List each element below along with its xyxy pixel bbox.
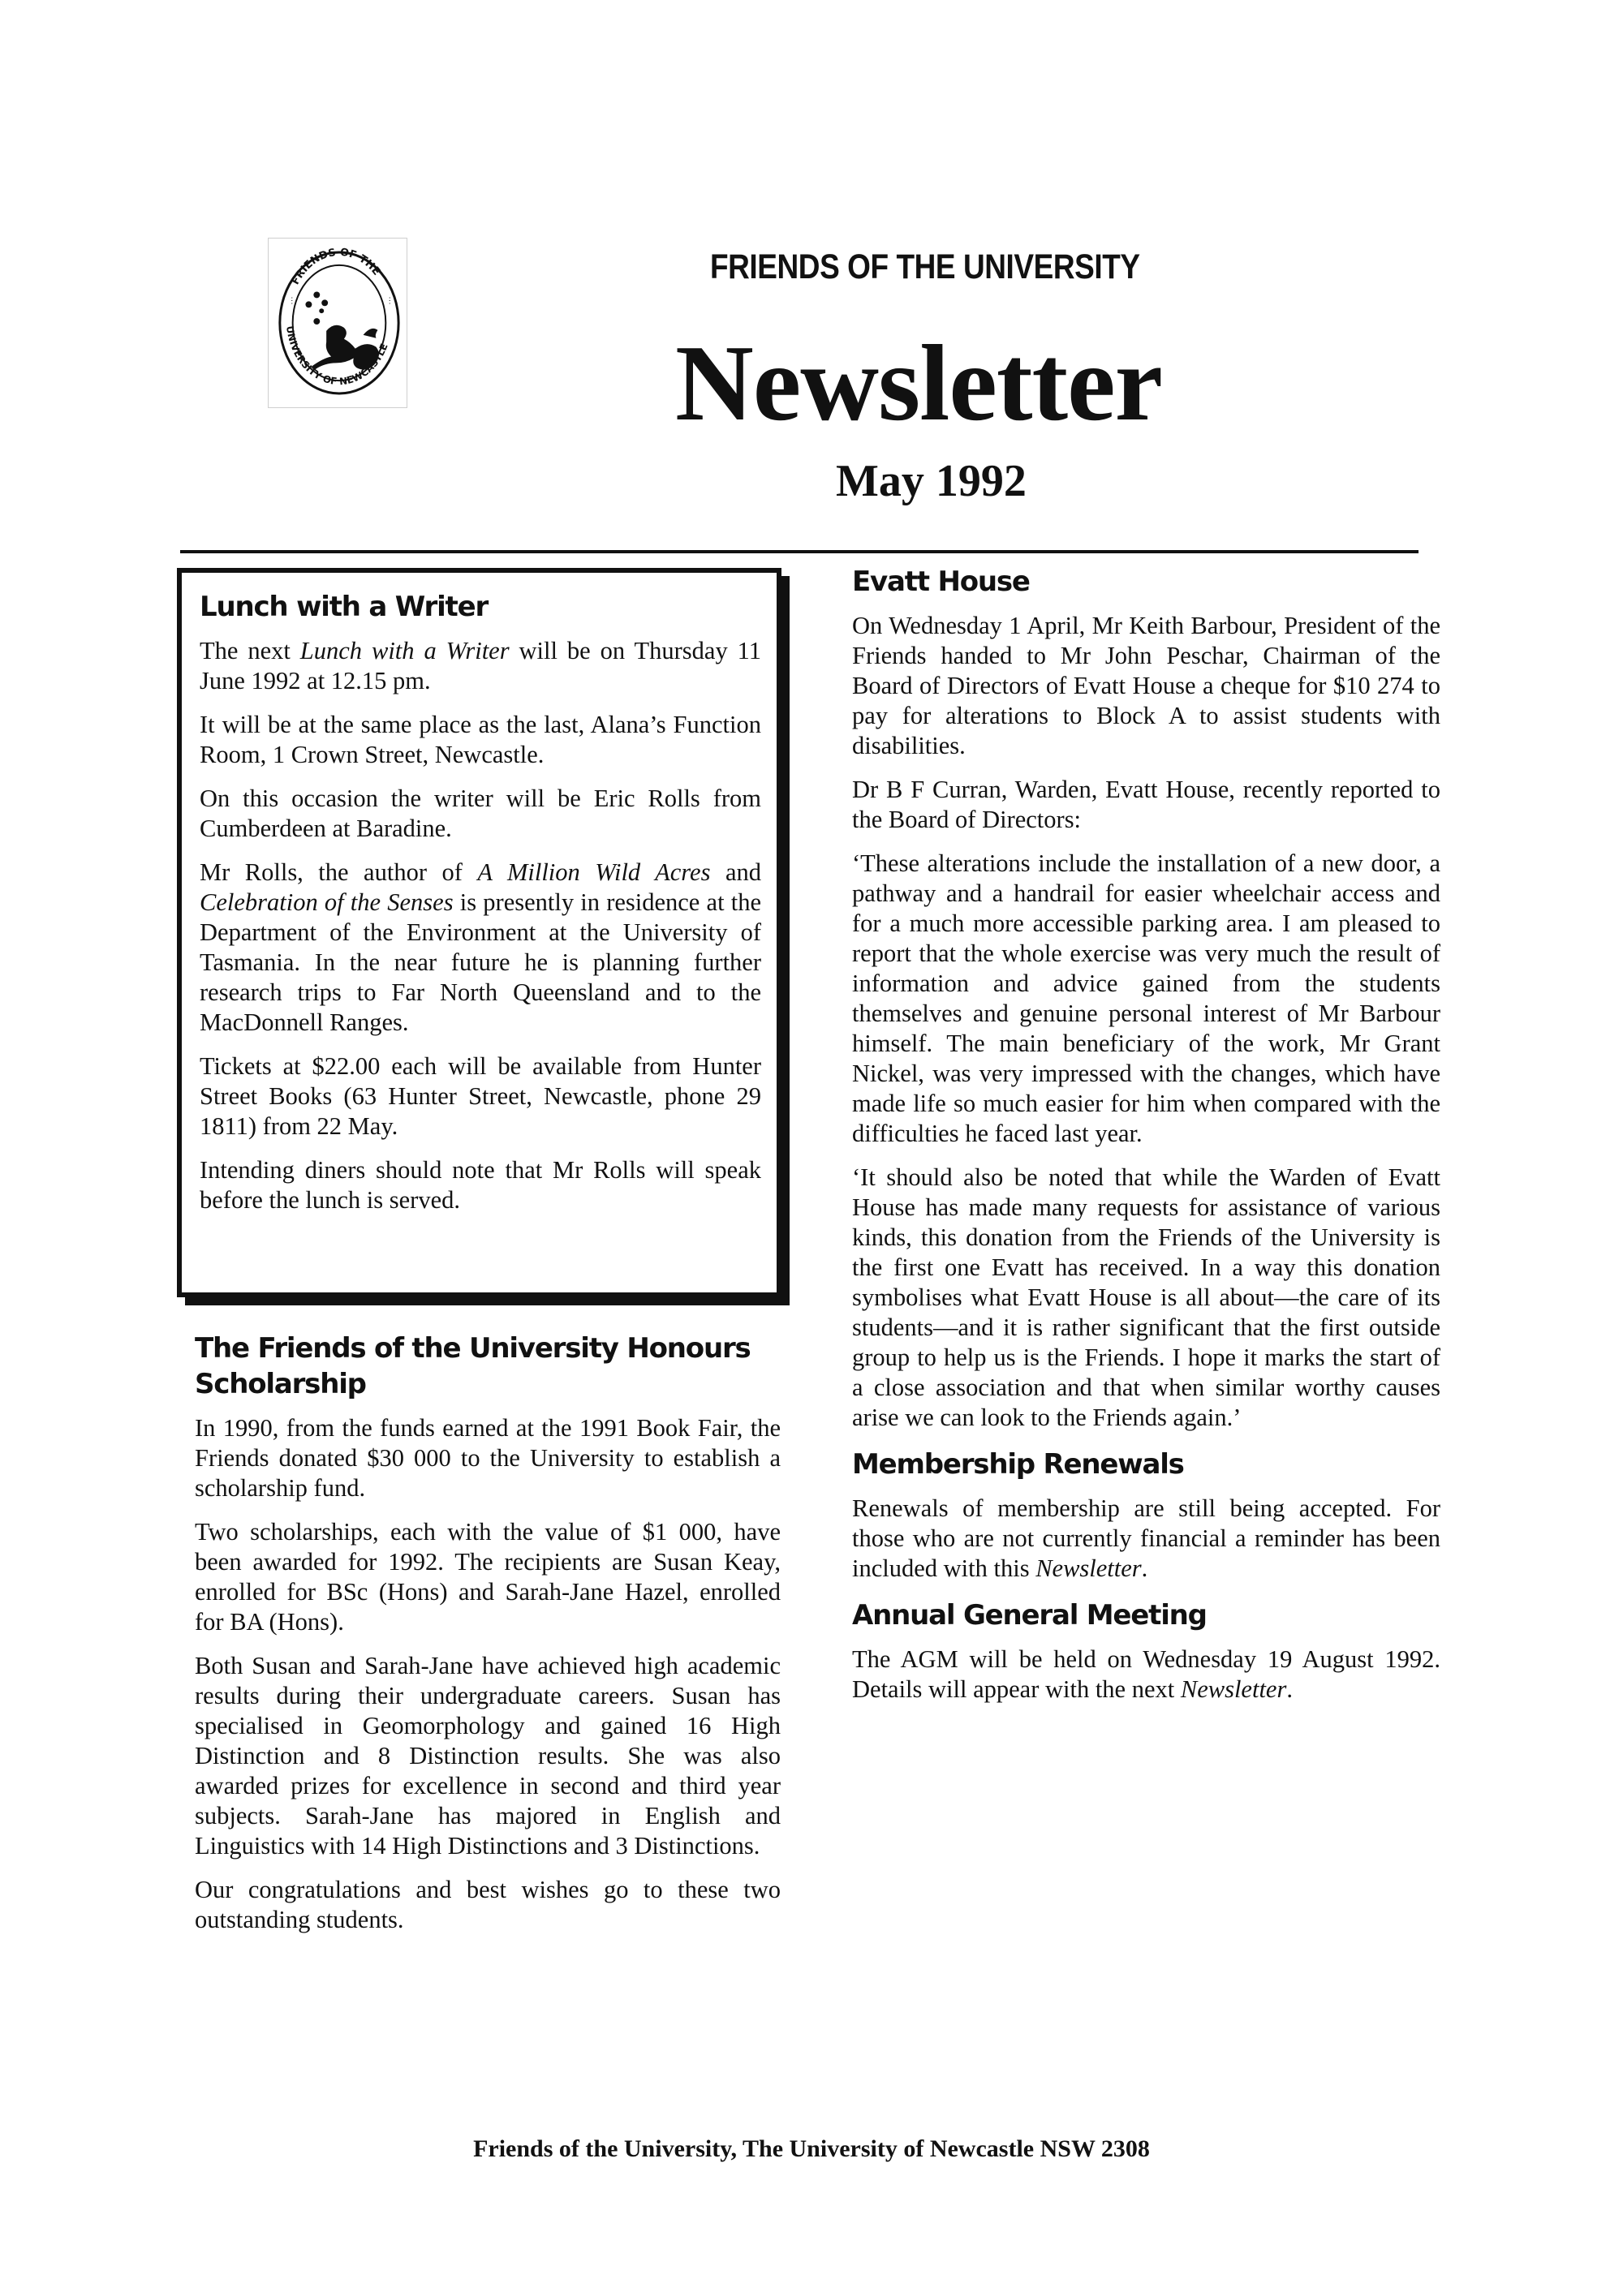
text: and bbox=[710, 858, 761, 886]
lunch-paragraph-4: Mr Rolls, the author of A Million Wild A… bbox=[200, 858, 761, 1038]
lunch-paragraph-3: On this occasion the writer will be Eric… bbox=[200, 784, 761, 844]
text: . bbox=[1286, 1675, 1293, 1703]
publication-title: Newsletter bbox=[1181, 1675, 1286, 1703]
publication-title: Newsletter bbox=[1035, 1554, 1141, 1582]
scholarship-paragraph-1: In 1990, from the funds earned at the 19… bbox=[195, 1413, 781, 1503]
membership-paragraph: Renewals of membership are still being a… bbox=[852, 1494, 1440, 1584]
newsletter-page: FRIENDS OF THE UNIVERSITY OF NEWCASTLE ⋮… bbox=[0, 0, 1623, 2296]
svg-text:⋮: ⋮ bbox=[288, 296, 296, 305]
masthead-kicker: FRIENDS OF THE UNIVERSITY bbox=[710, 247, 1143, 287]
membership-heading: Membership Renewals bbox=[852, 1447, 1440, 1482]
scholarship-paragraph-2: Two scholarships, each with the value of… bbox=[195, 1517, 781, 1637]
svg-text:⋮: ⋮ bbox=[385, 296, 394, 305]
lunch-paragraph-2: It will be at the same place as the last… bbox=[200, 710, 761, 770]
seahorse-seal-icon: FRIENDS OF THE UNIVERSITY OF NEWCASTLE ⋮… bbox=[269, 239, 407, 407]
scholarship-article: The Friends of the University Honours Sc… bbox=[195, 1331, 781, 1949]
agm-paragraph: The AGM will be held on Wednesday 19 Aug… bbox=[852, 1645, 1440, 1705]
book-title: Celebration of the Senses bbox=[200, 888, 454, 916]
book-title: A Million Wild Acres bbox=[477, 858, 710, 886]
scholarship-paragraph-4: Our congratulations and best wishes go t… bbox=[195, 1875, 781, 1935]
lunch-article: Lunch with a Writer The next Lunch with … bbox=[200, 589, 761, 1229]
agm-heading: Annual General Meeting bbox=[852, 1597, 1440, 1633]
lunch-paragraph-1: The next Lunch with a Writer will be on … bbox=[200, 636, 761, 696]
text: Mr Rolls, the author of bbox=[200, 858, 477, 886]
evatt-heading: Evatt House bbox=[852, 564, 1440, 600]
lunch-heading: Lunch with a Writer bbox=[200, 589, 761, 625]
text: The next bbox=[200, 637, 300, 664]
lunch-paragraph-5: Tickets at $22.00 each will be available… bbox=[200, 1051, 761, 1142]
footer-address: Friends of the University, The Universit… bbox=[0, 2135, 1623, 2163]
issue-date: May 1992 bbox=[836, 458, 1027, 504]
right-column: Evatt House On Wednesday 1 April, Mr Kei… bbox=[852, 564, 1440, 1718]
evatt-quote-2: ‘It should also be noted that while the … bbox=[852, 1163, 1440, 1433]
text: The AGM will be held on Wednesday 19 Aug… bbox=[852, 1645, 1440, 1703]
evatt-quote-1: ‘These alterations include the installat… bbox=[852, 849, 1440, 1149]
event-title: Lunch with a Writer bbox=[300, 637, 510, 664]
text: . bbox=[1142, 1554, 1148, 1582]
masthead-title: Newsletter bbox=[675, 329, 1162, 437]
masthead-divider bbox=[180, 550, 1419, 553]
evatt-paragraph-1: On Wednesday 1 April, Mr Keith Barbour, … bbox=[852, 611, 1440, 761]
scholarship-heading: The Friends of the University Honours Sc… bbox=[195, 1331, 781, 1402]
friends-seal-logo: FRIENDS OF THE UNIVERSITY OF NEWCASTLE ⋮… bbox=[268, 238, 407, 408]
lunch-with-a-writer-box: Lunch with a Writer The next Lunch with … bbox=[177, 568, 781, 1297]
scholarship-paragraph-3: Both Susan and Sarah-Jane have achieved … bbox=[195, 1651, 781, 1861]
lunch-paragraph-6: Intending diners should note that Mr Rol… bbox=[200, 1155, 761, 1215]
evatt-paragraph-2: Dr B F Curran, Warden, Evatt House, rece… bbox=[852, 775, 1440, 835]
